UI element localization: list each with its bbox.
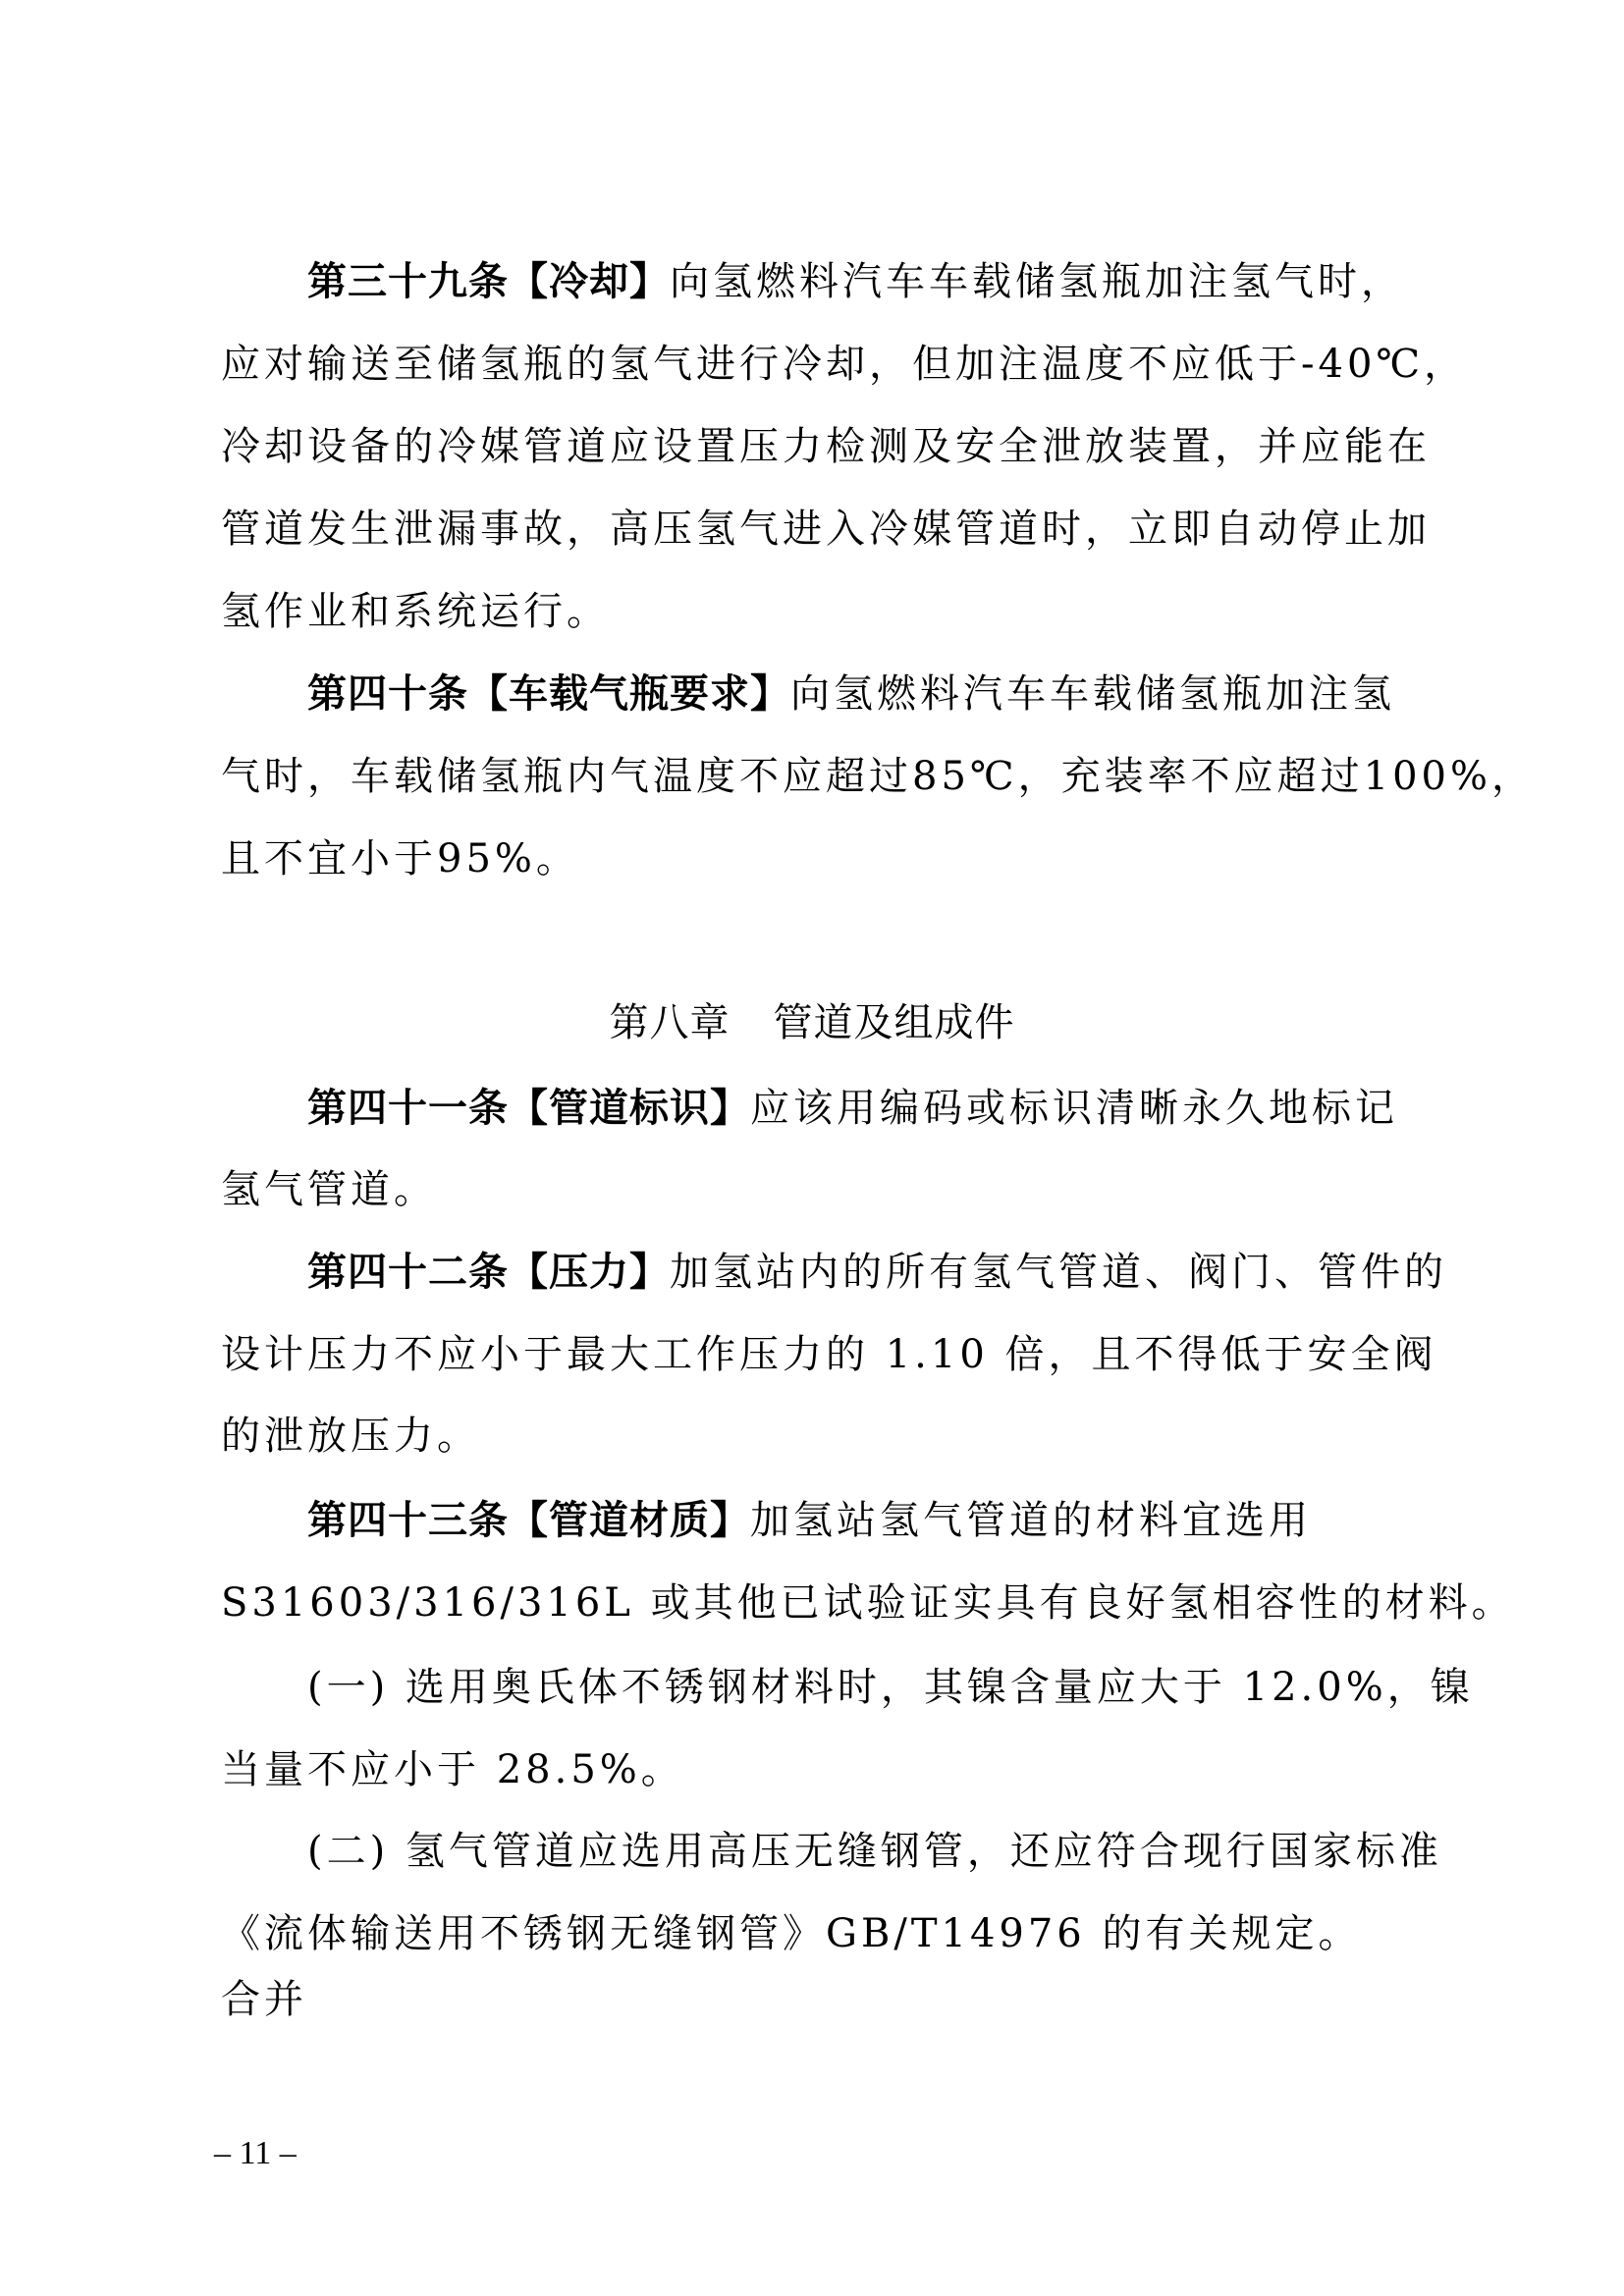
chapter-title: 管道及组成件: [774, 1000, 1015, 1045]
chapter-heading: 第八章管道及组成件: [0, 982, 1624, 1064]
article-43-item-1-line-2: 当量不应小于 28.5%。: [221, 1729, 1424, 1811]
article-39-line-2: 应对输送至储氢瓶的氢气进行冷却，但加注温度不应低于-40℃，: [221, 323, 1424, 405]
article-39-line-5: 氢作业和系统运行。: [221, 570, 1424, 653]
trailing-text: 合并: [221, 1958, 1424, 2041]
article-43-item-1-line-1: (一) 选用奥氏体不锈钢材料时，其镍含量应大于 12.0%，镍: [307, 1646, 1424, 1729]
article-39-line-4: 管道发生泄漏事故，高压氢气进入冷媒管道时，立即自动停止加: [221, 488, 1424, 570]
article-42-line-1: 第四十二条【压力】加氢站内的所有氢气管道、阀门、管件的: [307, 1231, 1424, 1313]
article-40-line-2: 气时，车载储氢瓶内气温度不应超过85℃，充装率不应超过100%，: [221, 735, 1424, 818]
document-page: 第三十九条【冷却】向氢燃料汽车车载储氢瓶加注氢气时， 应对输送至储氢瓶的氢气进行…: [0, 0, 1624, 2296]
article-40-heading: 第四十条【车载气瓶要求】: [307, 671, 790, 717]
article-42-line-2: 设计压力不应小于最大工作压力的 1.10 倍，且不得低于安全阀: [221, 1313, 1424, 1396]
page-number: – 11 –: [214, 2132, 297, 2175]
chapter-number: 第八章: [610, 1000, 731, 1045]
article-43-item-2-line-1: (二) 氢气管道应选用高压无缝钢管，还应符合现行国家标准: [307, 1810, 1424, 1893]
article-40-line-1: 第四十条【车载气瓶要求】向氢燃料汽车车载储氢瓶加注氢: [307, 653, 1424, 735]
article-43-heading: 第四十三条【管道材质】: [307, 1498, 750, 1543]
article-39-heading: 第三十九条【冷却】: [307, 259, 670, 304]
article-41-line-2: 氢气管道。: [221, 1148, 1424, 1231]
article-39-line-3: 冷却设备的冷媒管道应设置压力检测及安全泄放装置，并应能在: [221, 405, 1424, 488]
article-41-line-1: 第四十一条【管道标识】应该用编码或标识清晰永久地标记: [307, 1067, 1424, 1149]
article-42-line-3: 的泄放压力。: [221, 1395, 1424, 1477]
article-43-line-1: 第四十三条【管道材质】加氢站氢气管道的材料宜选用: [307, 1479, 1424, 1562]
article-41-heading: 第四十一条【管道标识】: [307, 1086, 750, 1131]
article-39-line-1: 第三十九条【冷却】向氢燃料汽车车载储氢瓶加注氢气时，: [307, 240, 1424, 323]
article-43-line-2: S31603/316/316L 或其他已试验证实具有良好氢相容性的材料。: [221, 1562, 1424, 1644]
article-42-heading: 第四十二条【压力】: [307, 1250, 670, 1295]
article-40-line-3: 且不宜小于95%。: [221, 818, 1424, 900]
